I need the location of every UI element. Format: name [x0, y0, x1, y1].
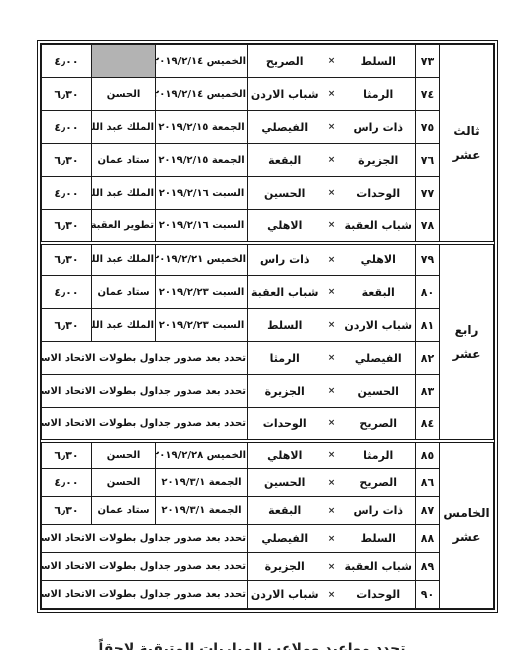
- away-team: الاهلي: [249, 449, 321, 462]
- match-date: السبت ٢٠١٩/٢/١٦: [156, 177, 248, 210]
- match-number: ٨١: [416, 309, 440, 342]
- fixtures-table: ثالثعشر٧٣السلط×الصريحالخميس ٢٠١٩/٢/١٤٤٫٠…: [41, 44, 494, 609]
- away-team: الرمثا: [249, 352, 321, 365]
- kickoff-time: ٤٫٠٠: [42, 111, 92, 144]
- match-number: ٧٩: [416, 243, 440, 276]
- versus-mark: ×: [321, 506, 343, 516]
- kickoff-time: ٦٫٣٠: [42, 441, 92, 469]
- match-date: السبت ٢٠١٩/٢/٢٣: [156, 309, 248, 342]
- table-row: ٨٠البقعة×شباب العقبةالسبت ٢٠١٩/٢/٢٣ستاد …: [42, 276, 494, 309]
- away-team: الجزيرة: [249, 560, 321, 573]
- match-date: الخميس ٢٠١٩/٢/١٤: [156, 78, 248, 111]
- away-team: ذات راس: [249, 253, 321, 266]
- match-teams: الفيصلي×الرمثا: [249, 352, 414, 365]
- table-row: ثالثعشر٧٣السلط×الصريحالخميس ٢٠١٩/٢/١٤٤٫٠…: [42, 45, 494, 78]
- tbd-note: تحدد بعد صدور جداول بطولات الاتحاد الاسي…: [42, 342, 248, 375]
- match-teams-cell: الاهلي×ذات راس: [248, 243, 416, 276]
- match-teams: السلط×الصريح: [249, 55, 414, 68]
- match-teams-cell: ذات راس×البقعة: [248, 497, 416, 525]
- match-teams: الحسين×الجزيرة: [249, 385, 414, 398]
- home-team: الوحدات: [343, 187, 415, 200]
- home-team: الاهلي: [343, 253, 415, 266]
- versus-mark: ×: [321, 418, 343, 428]
- versus-mark: ×: [321, 534, 343, 544]
- table-row: ٧٧الوحدات×الحسينالسبت ٢٠١٩/٢/١٦الملك عبد…: [42, 177, 494, 210]
- versus-mark: ×: [321, 478, 343, 488]
- versus-mark: ×: [321, 353, 343, 363]
- away-team: الوحدات: [249, 417, 321, 430]
- match-number: ٨٧: [416, 497, 440, 525]
- home-team: شباب العقبة: [343, 219, 415, 232]
- versus-mark: ×: [321, 562, 343, 572]
- match-date: الجمعة ٢٠١٩/٣/١: [156, 469, 248, 497]
- match-teams-cell: شباب الاردن×السلط: [248, 309, 416, 342]
- versus-mark: ×: [321, 188, 343, 198]
- away-team: الجزيرة: [249, 385, 321, 398]
- match-number: ٨٤: [416, 408, 440, 441]
- match-teams-cell: شباب العقبة×الاهلي: [248, 210, 416, 243]
- tbd-note: تحدد بعد صدور جداول بطولات الاتحاد الاسي…: [42, 553, 248, 581]
- home-team: الصريح: [343, 417, 415, 430]
- match-teams: ذات راس×البقعة: [249, 504, 414, 517]
- home-team: السلط: [343, 55, 415, 68]
- match-teams-cell: الوحدات×الحسين: [248, 177, 416, 210]
- home-team: الفيصلي: [343, 352, 415, 365]
- versus-mark: ×: [321, 386, 343, 396]
- table-row: ٨٦الصريح×الحسينالجمعة ٢٠١٩/٣/١الحسن٤٫٠٠: [42, 469, 494, 497]
- match-number: ٨٢: [416, 342, 440, 375]
- away-team: الفيصلي: [249, 532, 321, 545]
- match-number: ٨٦: [416, 469, 440, 497]
- kickoff-time: ٤٫٠٠: [42, 45, 92, 78]
- away-team: شباب العقبة: [249, 286, 321, 299]
- match-number: ٩٠: [416, 581, 440, 609]
- kickoff-time: ٦٫٣٠: [42, 210, 92, 243]
- table-row: ٧٥ذات راس×الفيصليالجمعة ٢٠١٩/٢/١٥الملك ع…: [42, 111, 494, 144]
- home-team: شباب العقبة: [343, 560, 415, 573]
- match-teams-cell: الوحدات×شباب الاردن: [248, 581, 416, 609]
- away-team: الصريح: [249, 55, 321, 68]
- match-teams: البقعة×شباب العقبة: [249, 286, 414, 299]
- versus-mark: ×: [321, 287, 343, 297]
- match-date: الجمعة ٢٠١٩/٣/١: [156, 497, 248, 525]
- match-date: الجمعة ٢٠١٩/٢/١٥: [156, 144, 248, 177]
- match-teams-cell: الجزيرة×البقعة: [248, 144, 416, 177]
- match-teams-cell: البقعة×شباب العقبة: [248, 276, 416, 309]
- stadium: الحسن: [92, 78, 156, 111]
- away-team: الفيصلي: [249, 121, 321, 134]
- away-team: شباب الاردن: [249, 88, 321, 101]
- week-label-line1: ثالث: [441, 119, 492, 143]
- stadium-tbd-gray-cell: [92, 45, 156, 78]
- match-date: الخميس ٢٠١٩/٢/٢١: [156, 243, 248, 276]
- match-teams-cell: الرمثا×شباب الاردن: [248, 78, 416, 111]
- match-teams-cell: الصريح×الحسين: [248, 469, 416, 497]
- stadium: الملك عبد الله: [92, 111, 156, 144]
- match-teams-cell: الحسين×الجزيرة: [248, 375, 416, 408]
- versus-mark: ×: [321, 122, 343, 132]
- match-teams: شباب العقبة×الاهلي: [249, 219, 414, 232]
- table-row: ٨١شباب الاردن×السلطالسبت ٢٠١٩/٢/٢٣الملك …: [42, 309, 494, 342]
- match-teams-cell: السلط×الصريح: [248, 45, 416, 78]
- home-team: البقعة: [343, 286, 415, 299]
- kickoff-time: ٦٫٣٠: [42, 144, 92, 177]
- match-teams-cell: الصريح×الوحدات: [248, 408, 416, 441]
- week-label-line2: عشر: [441, 342, 492, 366]
- week-label-line2: عشر: [441, 525, 492, 549]
- match-number: ٧٤: [416, 78, 440, 111]
- match-number: ٨٨: [416, 525, 440, 553]
- week-label-cell: رابععشر: [440, 243, 494, 441]
- match-number: ٧٨: [416, 210, 440, 243]
- match-date: السبت ٢٠١٩/٢/١٦: [156, 210, 248, 243]
- match-teams-cell: السلط×الفيصلي: [248, 525, 416, 553]
- kickoff-time: ٦٫٣٠: [42, 243, 92, 276]
- match-number: ٨٣: [416, 375, 440, 408]
- home-team: الصريح: [343, 476, 415, 489]
- versus-mark: ×: [321, 450, 343, 460]
- match-teams: السلط×الفيصلي: [249, 532, 414, 545]
- match-teams-cell: شباب العقبة×الجزيرة: [248, 553, 416, 581]
- fixtures-table-frame: ثالثعشر٧٣السلط×الصريحالخميس ٢٠١٩/٢/١٤٤٫٠…: [37, 40, 498, 613]
- table-row: الخامسعشر٨٥الرمثا×الاهليالخميس ٢٠١٩/٢/٢٨…: [42, 441, 494, 469]
- away-team: الحسين: [249, 476, 321, 489]
- week-label-line1: الخامس: [441, 501, 492, 525]
- stadium: الحسن: [92, 469, 156, 497]
- match-teams: الصريح×الحسين: [249, 476, 414, 489]
- match-teams: شباب الاردن×السلط: [249, 319, 414, 332]
- versus-mark: ×: [321, 320, 343, 330]
- kickoff-time: ٤٫٠٠: [42, 276, 92, 309]
- away-team: شباب الاردن: [249, 588, 321, 601]
- home-team: الرمثا: [343, 88, 415, 101]
- stadium: تطوير العقبة: [92, 210, 156, 243]
- match-number: ٨٩: [416, 553, 440, 581]
- match-teams: الاهلي×ذات راس: [249, 253, 414, 266]
- match-teams: شباب العقبة×الجزيرة: [249, 560, 414, 573]
- match-date: السبت ٢٠١٩/٢/٢٣: [156, 276, 248, 309]
- away-team: السلط: [249, 319, 321, 332]
- versus-mark: ×: [321, 255, 343, 265]
- home-team: ذات راس: [343, 504, 415, 517]
- clipped-footer-text: تحدد مواعيد وملاعب المباريات المتبقية لا…: [57, 641, 447, 650]
- stadium: الملك عبد الله: [92, 243, 156, 276]
- match-teams: الوحدات×الحسين: [249, 187, 414, 200]
- table-row: ٨٢الفيصلي×الرمثاتحدد بعد صدور جداول بطول…: [42, 342, 494, 375]
- match-date: الجمعة ٢٠١٩/٢/١٥: [156, 111, 248, 144]
- match-number: ٧٦: [416, 144, 440, 177]
- match-teams-cell: الرمثا×الاهلي: [248, 441, 416, 469]
- versus-mark: ×: [321, 56, 343, 66]
- kickoff-time: ٦٫٣٠: [42, 309, 92, 342]
- home-team: الحسين: [343, 385, 415, 398]
- match-teams: الجزيرة×البقعة: [249, 154, 414, 167]
- week-label-line1: رابع: [441, 318, 492, 342]
- match-number: ٧٣: [416, 45, 440, 78]
- table-row: ٨٨السلط×الفيصليتحدد بعد صدور جداول بطولا…: [42, 525, 494, 553]
- scanned-schedule-page: ثالثعشر٧٣السلط×الصريحالخميس ٢٠١٩/٢/١٤٤٫٠…: [0, 0, 507, 650]
- match-date: الخميس ٢٠١٩/٢/٢٨: [156, 441, 248, 469]
- table-row: ٨٤الصريح×الوحداتتحدد بعد صدور جداول بطول…: [42, 408, 494, 441]
- match-number: ٧٥: [416, 111, 440, 144]
- away-team: الاهلي: [249, 219, 321, 232]
- match-teams: ذات راس×الفيصلي: [249, 121, 414, 134]
- match-teams-cell: الفيصلي×الرمثا: [248, 342, 416, 375]
- stadium: ستاد عمان: [92, 144, 156, 177]
- match-teams: الرمثا×شباب الاردن: [249, 88, 414, 101]
- away-team: البقعة: [249, 154, 321, 167]
- tbd-note: تحدد بعد صدور جداول بطولات الاتحاد الاسي…: [42, 581, 248, 609]
- table-row: ٨٩شباب العقبة×الجزيرةتحدد بعد صدور جداول…: [42, 553, 494, 581]
- stadium: الحسن: [92, 441, 156, 469]
- match-teams: الرمثا×الاهلي: [249, 449, 414, 462]
- home-team: الوحدات: [343, 588, 415, 601]
- week-label-cell: الخامسعشر: [440, 441, 494, 609]
- kickoff-time: ٦٫٣٠: [42, 78, 92, 111]
- match-teams: الوحدات×شباب الاردن: [249, 588, 414, 601]
- match-teams: الصريح×الوحدات: [249, 417, 414, 430]
- home-team: السلط: [343, 532, 415, 545]
- tbd-note: تحدد بعد صدور جداول بطولات الاتحاد الاسي…: [42, 408, 248, 441]
- match-number: ٨٠: [416, 276, 440, 309]
- match-number: ٧٧: [416, 177, 440, 210]
- home-team: الرمثا: [343, 449, 415, 462]
- table-row: ٧٤الرمثا×شباب الاردنالخميس ٢٠١٩/٢/١٤الحس…: [42, 78, 494, 111]
- tbd-note: تحدد بعد صدور جداول بطولات الاتحاد الاسي…: [42, 375, 248, 408]
- kickoff-time: ٦٫٣٠: [42, 497, 92, 525]
- kickoff-time: ٤٫٠٠: [42, 177, 92, 210]
- match-date: الخميس ٢٠١٩/٢/١٤: [156, 45, 248, 78]
- home-team: الجزيرة: [343, 154, 415, 167]
- table-row: ٧٨شباب العقبة×الاهليالسبت ٢٠١٩/٢/١٦تطوير…: [42, 210, 494, 243]
- table-row: رابععشر٧٩الاهلي×ذات راسالخميس ٢٠١٩/٢/٢١ا…: [42, 243, 494, 276]
- versus-mark: ×: [321, 155, 343, 165]
- away-team: البقعة: [249, 504, 321, 517]
- home-team: ذات راس: [343, 121, 415, 134]
- home-team: شباب الاردن: [343, 319, 415, 332]
- table-row: ٩٠الوحدات×شباب الاردنتحدد بعد صدور جداول…: [42, 581, 494, 609]
- versus-mark: ×: [321, 89, 343, 99]
- tbd-note: تحدد بعد صدور جداول بطولات الاتحاد الاسي…: [42, 525, 248, 553]
- match-number: ٨٥: [416, 441, 440, 469]
- table-row: ٨٣الحسين×الجزيرةتحدد بعد صدور جداول بطول…: [42, 375, 494, 408]
- versus-mark: ×: [321, 590, 343, 600]
- table-row: ٨٧ذات راس×البقعةالجمعة ٢٠١٩/٣/١ستاد عمان…: [42, 497, 494, 525]
- stadium: ستاد عمان: [92, 276, 156, 309]
- stadium: الملك عبد الله: [92, 309, 156, 342]
- stadium: الملك عبد الله: [92, 177, 156, 210]
- match-teams-cell: ذات راس×الفيصلي: [248, 111, 416, 144]
- away-team: الحسين: [249, 187, 321, 200]
- versus-mark: ×: [321, 220, 343, 230]
- week-label-cell: ثالثعشر: [440, 45, 494, 243]
- week-label-line2: عشر: [441, 143, 492, 167]
- stadium: ستاد عمان: [92, 497, 156, 525]
- table-row: ٧٦الجزيرة×البقعةالجمعة ٢٠١٩/٢/١٥ستاد عما…: [42, 144, 494, 177]
- kickoff-time: ٤٫٠٠: [42, 469, 92, 497]
